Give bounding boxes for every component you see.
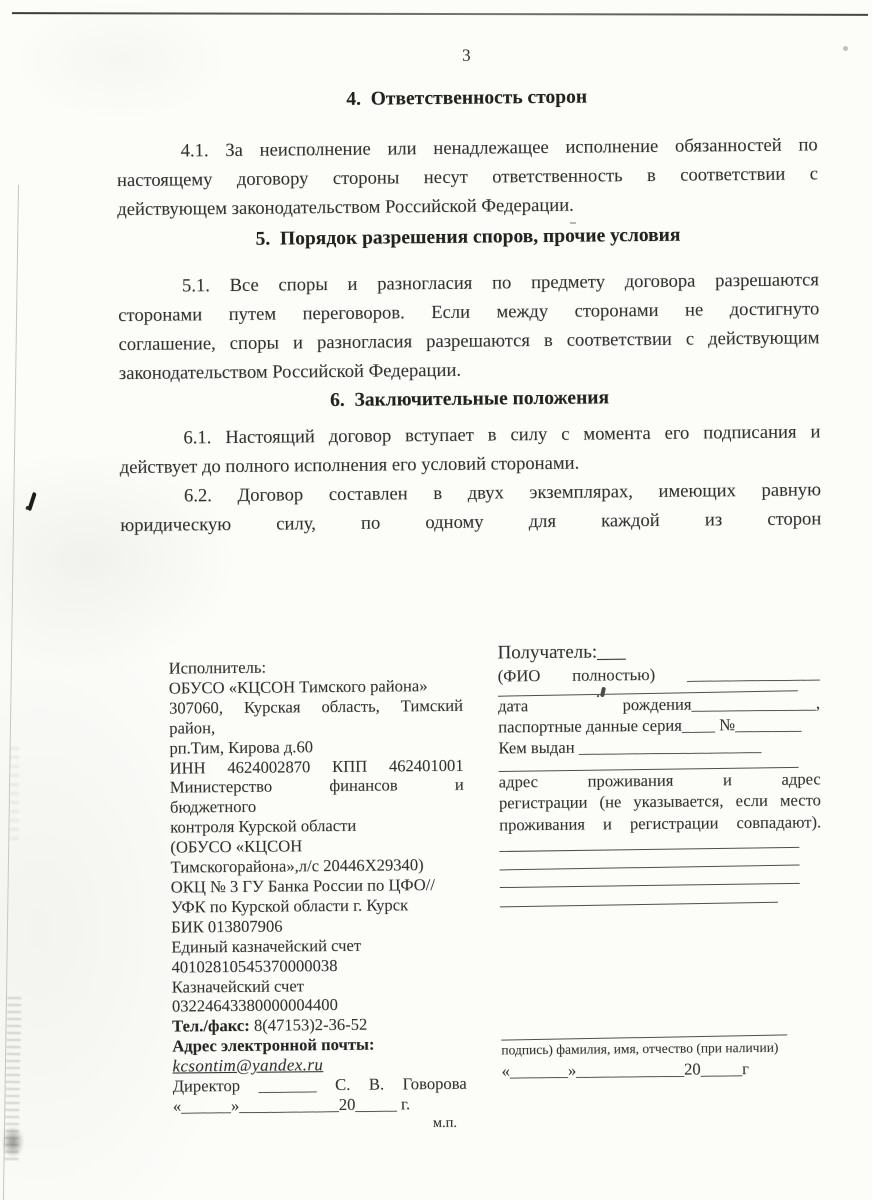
issued-by-line: Кем выдан ______________________ (498, 734, 820, 758)
text-line: законодательством Российской Федерации. (119, 352, 820, 388)
page-number: 3 (116, 42, 817, 69)
phone-line: Тел./факс: 8(47153)2-36-52 (172, 1014, 466, 1037)
text-line: действующем законодательством Российской… (117, 188, 818, 224)
text-line: рп.Тим, Кирова д.60 (169, 735, 463, 758)
section-5-heading: 5. Порядок разрешения споров, прочие усл… (117, 222, 818, 253)
stamp-placeholder: м.п. (173, 1114, 467, 1137)
signature-caption: подпись) фамилия, имя, отчество (при нал… (501, 1036, 823, 1060)
recipient-block: Получатель:___ (ФИО полностью) _________… (497, 637, 823, 1081)
clause-4-1: 4.1. За неисполнение или ненадлежащее ис… (117, 130, 819, 224)
text-line: район, (169, 715, 463, 738)
blank-line (500, 883, 800, 888)
text-line: 307060, Курская область, Тимский (169, 696, 463, 719)
scanned-contract-page: 3 4. Ответственность сторон 4.1. За неис… (0, 0, 872, 1200)
blank-line (499, 847, 799, 852)
executor-title: Исполнитель: (169, 656, 463, 679)
clause-5-1: 5.1. Все споры и разногласия по предмету… (118, 265, 820, 388)
text-line: бюджетного (170, 795, 464, 818)
text-line: (ОБУСО «КЦСОН (170, 835, 464, 858)
clause-6-2: 6.2. Договор составлен в двух экземпляра… (120, 475, 822, 540)
blank-line (500, 864, 800, 870)
text-line: контроля Курской области (170, 815, 464, 838)
text-line: Казначейский счет (172, 974, 466, 997)
text-line: юридическую силу, по одному для каждой и… (120, 504, 821, 540)
inn-kpp-line: ИНН 4624002870 КПП 462401001 (170, 755, 464, 778)
director-signature-line: Директор _______ С. В. Говорова (173, 1074, 467, 1097)
date-blank-line: «_______»_____________20_____г (501, 1057, 823, 1081)
bik-line: БИК 013807906 (171, 915, 465, 938)
recipient-title: Получатель:___ (497, 637, 819, 665)
section-6-heading: 6. Заключительные положения (119, 384, 820, 415)
bank-line: УФК по Курской области г. Курск (171, 895, 465, 918)
section-4-heading: 4. Ответственность сторон (116, 83, 817, 114)
text-line: Министерство финансов и (170, 775, 464, 798)
bank-line: ОКЦ № 3 ГУ Банка России по ЦФО// (171, 875, 465, 898)
address-line: регистрации (не указывается, если место (499, 789, 821, 814)
address-line: проживания и регистрации совпадают). (499, 811, 821, 836)
phone-label: Тел./факс: (172, 1016, 250, 1036)
account-number: 03224643380000004400 (172, 994, 466, 1017)
clause-6-1: 6.1. Настоящий договор вступает в силу с… (119, 417, 821, 482)
text-line: Единый казначейский счет (171, 934, 465, 957)
date-blank-line: «______»____________20_____ г. (173, 1094, 467, 1117)
fio-line: (ФИО полностью) ________________ (498, 662, 820, 687)
executor-block: Исполнитель: ОБУСО «КЦСОН Тимского район… (169, 656, 468, 1137)
phone-value: 8(47153)2-36-52 (250, 1015, 368, 1035)
email-label: Адрес электронной почты: (172, 1034, 466, 1057)
passport-line: паспортные данные серия____ №________ (498, 713, 820, 737)
contract-body: 3 4. Ответственность сторон 4.1. За неис… (116, 42, 822, 540)
text-line: ОБУСО «КЦСОН Тимского района» (169, 676, 463, 699)
email-address: kcsontim@yandex.ru (172, 1054, 466, 1077)
blank-line (500, 902, 778, 908)
account-number: 40102810545370000038 (171, 954, 465, 977)
document-content: 3 4. Ответственность сторон 4.1. За неис… (0, 0, 872, 1200)
account-line: Тимскогорайона»,л/с 20446X29340) (170, 855, 464, 878)
